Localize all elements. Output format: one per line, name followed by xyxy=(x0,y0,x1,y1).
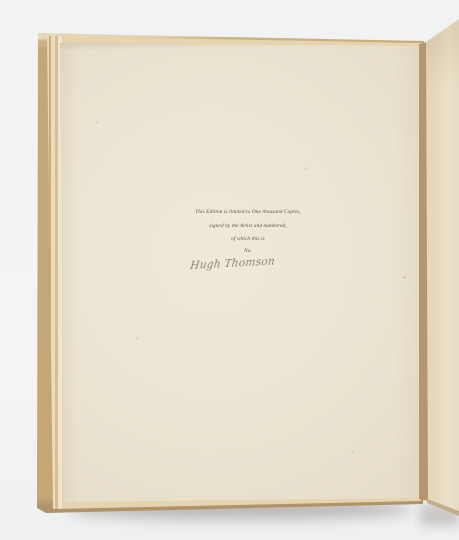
limitation-page xyxy=(0,0,459,540)
limitation-line-3: of which this is xyxy=(128,233,368,246)
book-photograph: This Edition is limited to One thousand … xyxy=(0,0,459,540)
limitation-line-4: No. xyxy=(128,246,368,257)
limitation-line-1: This Edition is limited to One thousand … xyxy=(128,206,368,220)
foxing-specks xyxy=(0,0,1,1)
limitation-statement: This Edition is limited to One thousand … xyxy=(128,206,368,257)
limitation-line-2: signed by the Artist and numbered, xyxy=(128,220,368,234)
